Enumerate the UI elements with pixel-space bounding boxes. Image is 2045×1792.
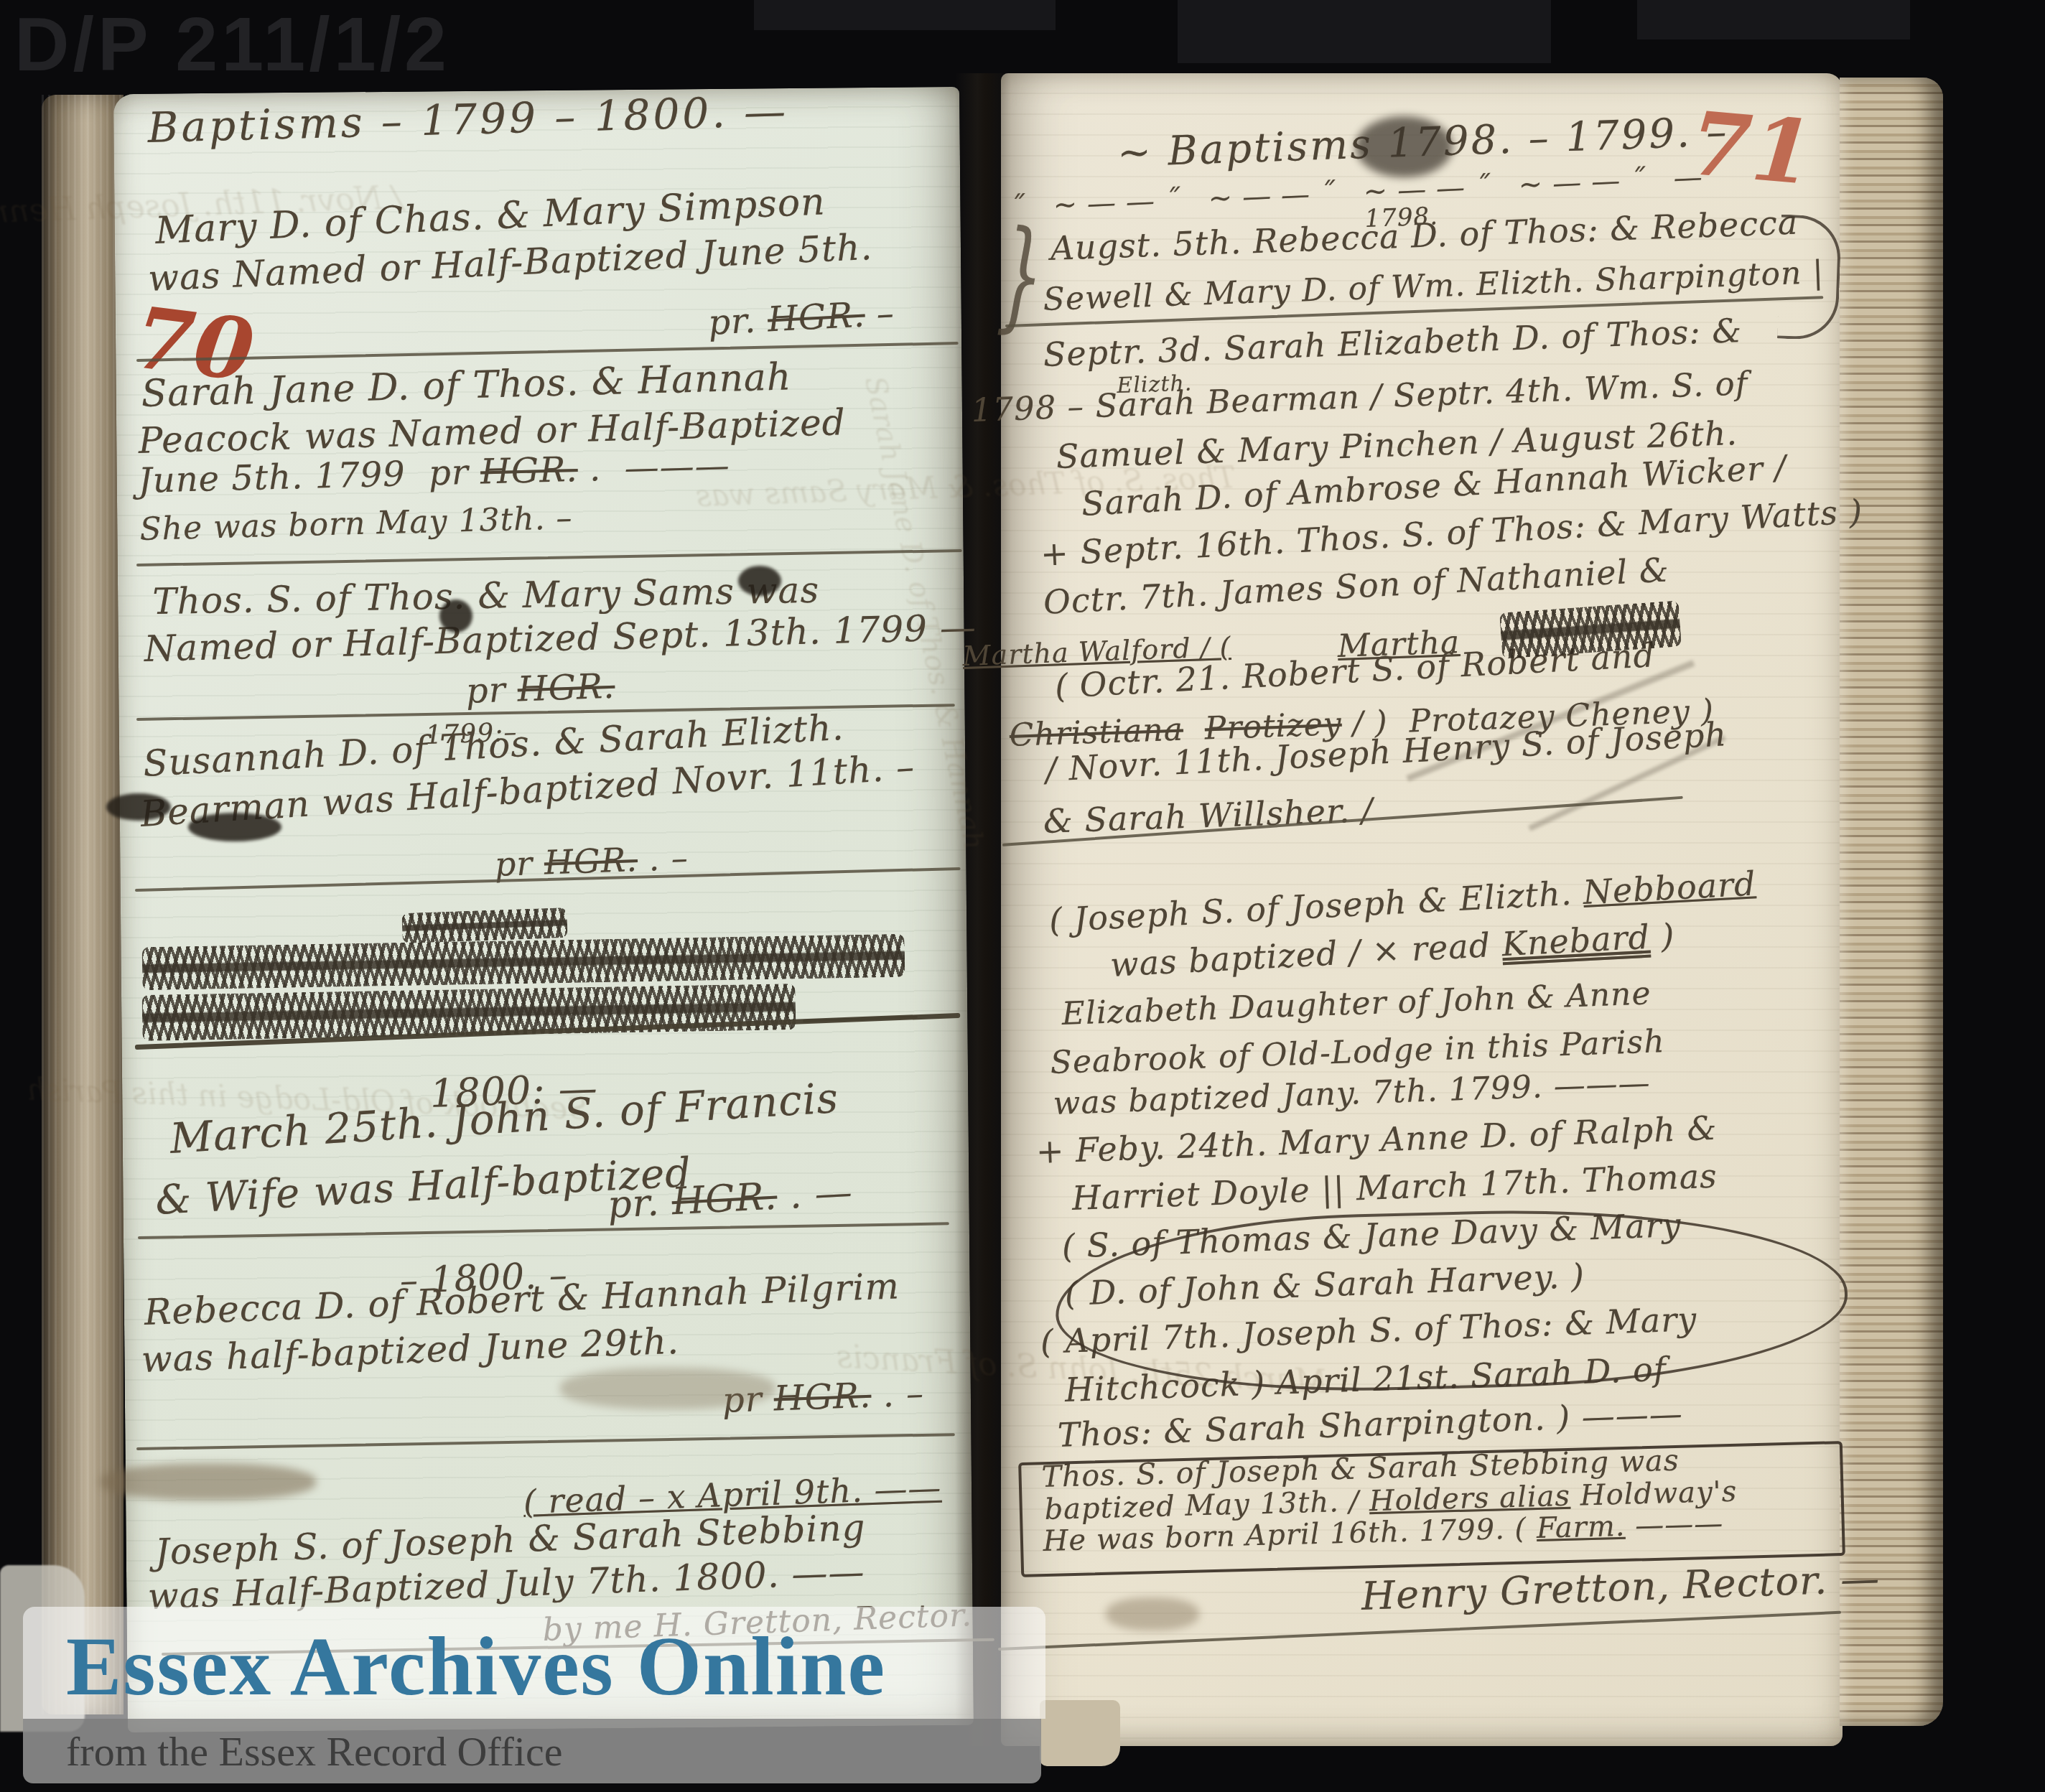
ink-blot	[188, 813, 281, 841]
birth-note-line: She was born May 13th. –	[139, 502, 573, 546]
left-page-heading: Baptisms – 1799 – 1800. —	[147, 90, 789, 150]
watermark-subtitle: from the Essex Record Office	[66, 1727, 562, 1775]
archive-reference-code: D/P 211/1/2	[14, 1, 450, 88]
entry-bracket-curve	[1777, 215, 1842, 341]
entry-text: was baptized / × read	[1109, 925, 1503, 984]
ink-smudge	[101, 1463, 316, 1501]
entry-text: June 5th. 1799 pr	[138, 452, 481, 501]
signature-initials-struck: HGR.	[671, 1175, 778, 1224]
struck-out-illegible-entry	[401, 907, 567, 943]
ink-stain	[1356, 116, 1453, 177]
watermark-title: Essex Archives Online	[66, 1620, 886, 1715]
entry-divider-rule	[136, 342, 959, 362]
ink-smudge	[1106, 1597, 1199, 1630]
baptism-entry-line: Sewell & Mary D. of Wm. Elizth. Sharping…	[1043, 256, 1825, 317]
signature-suffix: . —	[776, 1171, 854, 1218]
ink-smudge	[560, 1368, 775, 1409]
entry-divider-rule	[136, 1433, 955, 1450]
officiant-signature: pr. HGR. –	[707, 295, 895, 341]
officiant-signature: pr HGR.	[465, 668, 615, 710]
signature-initials-struck: HGR.	[767, 295, 866, 340]
signature-initials-struck: HGR.	[517, 666, 615, 710]
signature-initials-struck: HGR.	[480, 449, 578, 493]
entry-text: )	[1649, 916, 1675, 956]
ink-blot	[439, 599, 472, 633]
ink-blot	[106, 793, 171, 821]
signature-suffix: –	[864, 293, 895, 335]
margin-brace-mark: }	[995, 212, 1048, 341]
baptism-entry-line: Elizabeth Daughter of John & Anne	[1061, 977, 1652, 1031]
register-scan-viewport: D/P 211/1/2 / Novr. 11th. Joseph Henry S…	[0, 0, 2045, 1792]
signature-prefix: pr.	[607, 1180, 674, 1227]
signature-initials-struck: HGR.	[773, 1376, 872, 1419]
signature-suffix: . –	[870, 1373, 925, 1416]
entry-divider-rule	[138, 1222, 949, 1239]
underlined-name: Nebboard	[1582, 864, 1756, 912]
signature-prefix: pr.	[707, 300, 769, 343]
handwriting-layer: / Novr. 11th. Joseph Henry S. of Joseph …	[0, 0, 2045, 1792]
baptism-entry-line: was half-baptized June 29th.	[141, 1322, 680, 1379]
boxed-entry-outline	[1018, 1441, 1845, 1577]
rector-signature: Henry Gretton, Rector. —	[1361, 1559, 1881, 1618]
signature-suffix: . –	[637, 839, 689, 879]
corrected-name-double-underline: Knebard	[1501, 918, 1651, 964]
ink-blot	[738, 566, 781, 596]
struck-out-illegible-entry	[142, 934, 905, 991]
signature-prefix: pr	[465, 669, 518, 711]
entry-divider-rule	[136, 549, 962, 566]
